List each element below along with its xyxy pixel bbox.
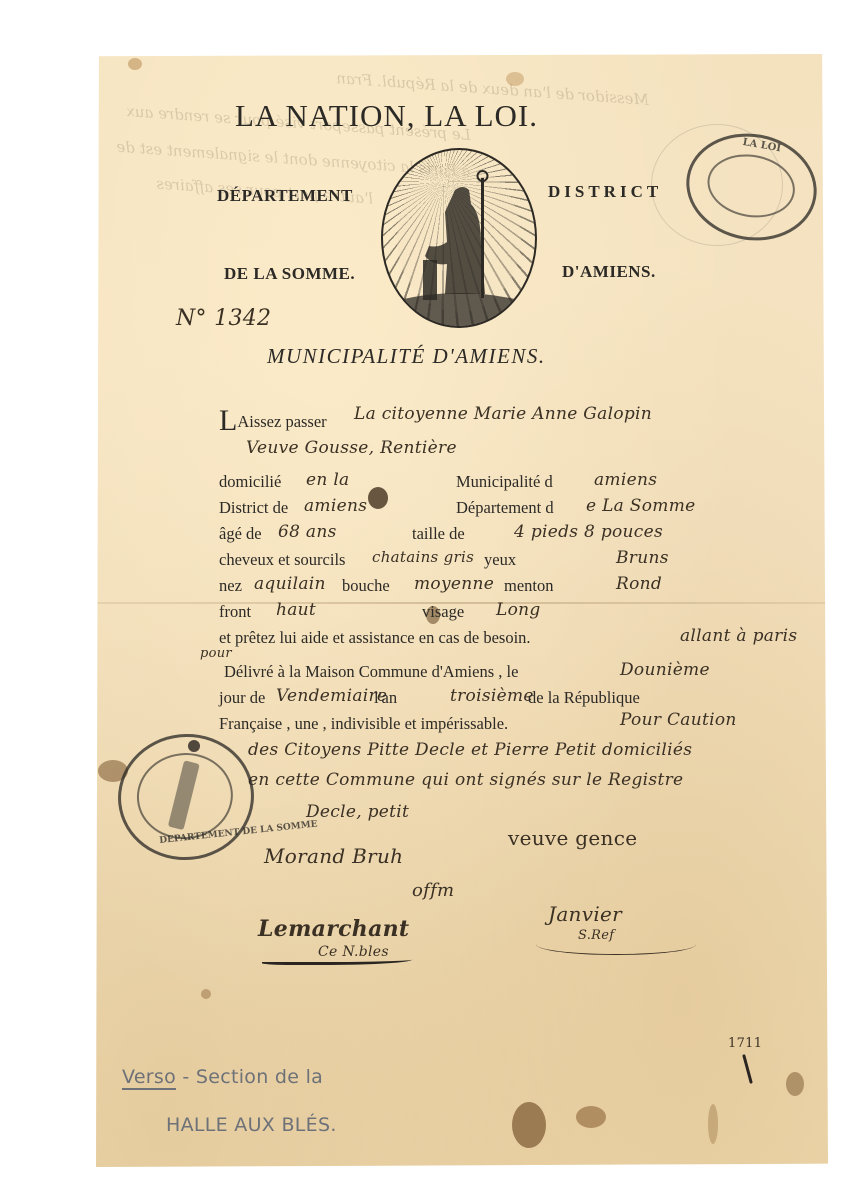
francaise-text: Française , une , indivisible et impéris… — [219, 714, 508, 734]
municipality-title: MUNICIPALITÉ D'AMIENS. — [267, 344, 546, 369]
delivre-day: Dounième — [620, 660, 710, 680]
signature-morand-title: offm — [412, 880, 454, 901]
stain — [506, 72, 524, 86]
caution-note-2: des Citoyens Pitte Decle et Pierre Petit… — [248, 740, 692, 760]
visage-value: Long — [496, 600, 541, 620]
header-title: LA NATION, LA LOI. — [235, 98, 538, 134]
menton-value: Rond — [616, 574, 662, 594]
signature-flourish — [536, 934, 696, 955]
front-value: haut — [276, 600, 316, 620]
bearer-name: La citoyenne Marie Anne Galopin — [354, 404, 652, 424]
corner-note: 1711 — [728, 1036, 762, 1051]
municipalite-value: amiens — [594, 470, 657, 490]
age-value: 68 ans — [278, 522, 337, 542]
signature-morand: Morand Bruh — [264, 844, 403, 868]
document-paper: Messidor de l'an deux de la Républ. Fran… — [96, 54, 828, 1167]
signature-janvier: Janvier — [548, 902, 622, 926]
stain — [128, 58, 142, 70]
taille-label: taille de — [412, 524, 465, 544]
signature-veuve-gence: veuve gence — [508, 826, 637, 850]
ink-blot — [368, 487, 388, 509]
an-label: l'an — [374, 688, 397, 708]
signature-lemarchant: Lemarchant — [258, 916, 409, 942]
header-de-la-somme: DE LA SOMME. — [224, 264, 355, 284]
header-damiens: D'AMIENS. — [562, 262, 656, 282]
yeux-value: Bruns — [616, 548, 669, 568]
stain — [576, 1106, 606, 1128]
yeux-label: yeux — [484, 550, 516, 570]
caution-note-4: Decle, petit — [306, 802, 409, 822]
signature-flourish — [262, 956, 412, 965]
delivre-text: Délivré à la Maison Commune d'Amiens , l… — [224, 662, 518, 682]
departement-value: e La Somme — [586, 496, 695, 516]
document-number: N° 1342 — [176, 306, 271, 331]
laissez-passer-label: LAissez passer — [219, 406, 327, 436]
stain — [708, 1104, 718, 1144]
front-label: front — [219, 602, 251, 622]
bouche-value: moyenne — [414, 574, 494, 594]
stain — [201, 989, 211, 999]
visage-label: visage — [422, 602, 464, 622]
bouche-label: bouche — [342, 576, 390, 596]
corner-mark — [742, 1054, 753, 1084]
caution-note-3: en cette Commune qui ont signés sur le R… — [248, 770, 683, 790]
cheveux-label: cheveux et sourcils — [219, 550, 345, 570]
district-value: amiens — [304, 496, 367, 516]
pencil-annotation-line-2: HALLE AUX BLÉS. — [166, 1114, 337, 1136]
stain — [512, 1102, 546, 1148]
age-label: âgé de — [219, 524, 262, 544]
margin-note: pour — [200, 646, 232, 661]
bearer-status: Veuve Gousse, Rentière — [246, 438, 457, 458]
domicilie-label: domicilié — [219, 472, 281, 492]
destination-value: allant à paris — [680, 626, 797, 646]
faint-stamp-ring — [651, 124, 783, 246]
nez-value: aquilain — [254, 574, 326, 594]
seal-hole — [188, 740, 200, 752]
departement-label: Département d — [456, 498, 554, 518]
pencil-annotation-line-1: Verso - Section de la — [122, 1066, 323, 1088]
domicilie-value: en la — [306, 470, 350, 490]
municipalite-label: Municipalité d — [456, 472, 553, 492]
menton-label: menton — [504, 576, 554, 596]
liberty-figure-emblem-icon — [381, 148, 537, 328]
an-value: troisième — [450, 686, 534, 706]
taille-value: 4 pieds 8 pouces — [514, 522, 663, 542]
cheveux-value: chatains gris — [372, 548, 474, 566]
caution-note-1: Pour Caution — [620, 710, 737, 730]
jour-label: jour de — [219, 688, 265, 708]
jour-value: Vendemiaire — [276, 686, 387, 706]
district-label: District de — [219, 498, 288, 518]
header-departement: DÉPARTEMENT — [217, 186, 353, 206]
nez-label: nez — [219, 576, 242, 596]
republique-text: de la République — [528, 688, 640, 708]
fasces-laurel-seal-icon: DEPARTEMENT DE LA SOMME — [112, 727, 260, 867]
stain — [786, 1072, 804, 1096]
assistance-text: et prêtez lui aide et assistance en cas … — [219, 628, 531, 648]
header-district: DISTRICT — [548, 182, 662, 202]
